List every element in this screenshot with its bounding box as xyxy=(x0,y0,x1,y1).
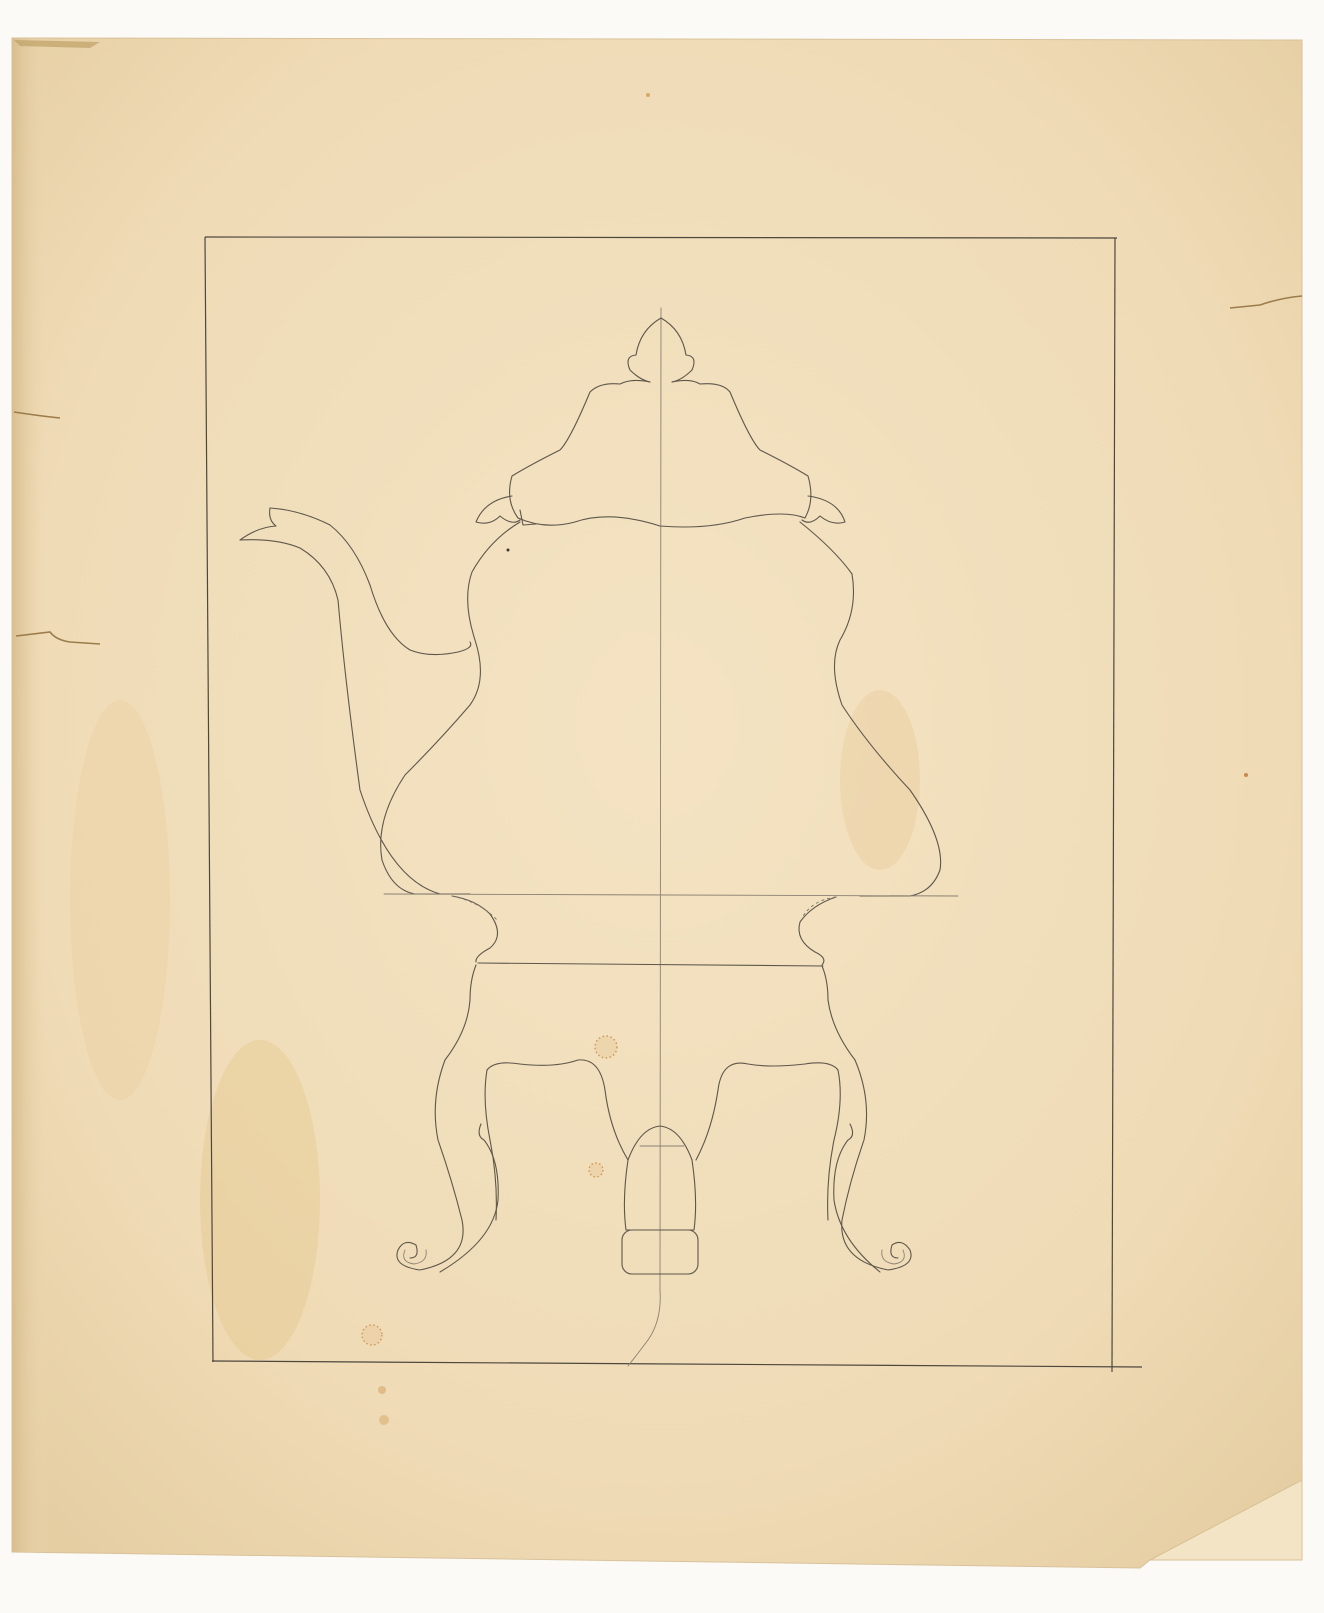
artwork-canvas xyxy=(0,0,1324,1613)
